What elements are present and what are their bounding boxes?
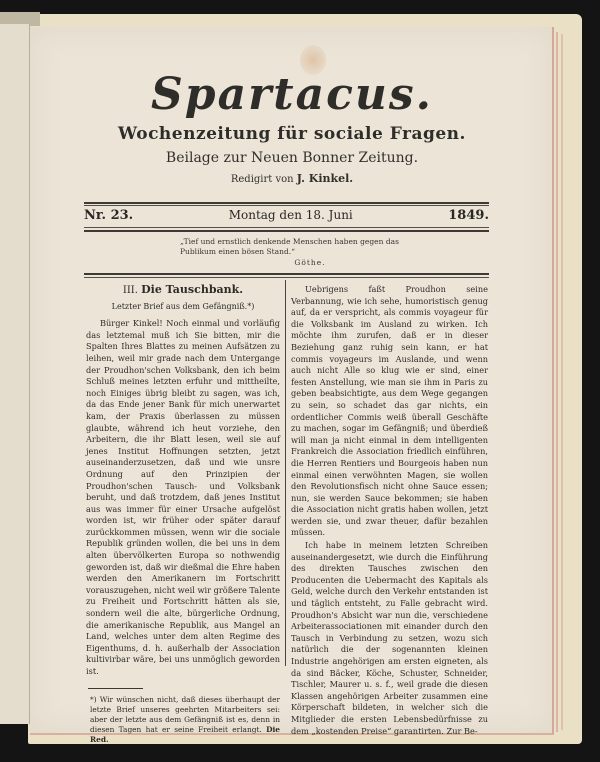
footnote-text: *) Wir wünschen nicht, daß dieses überha… [90, 695, 280, 734]
article-column-right: Uebrigens faßt Proudhon seine Verbannung… [291, 284, 488, 738]
editor-name: J. Kinkel. [297, 172, 353, 185]
article-column-left: III. Die Tauschbank. Letzter Brief aus d… [86, 284, 280, 745]
section-rule-thick [84, 273, 489, 275]
dateline-bottom-rule [84, 227, 489, 228]
article-title: Die Tauschbank. [141, 283, 243, 296]
editor-line: Redigirt von J. Kinkel. [30, 172, 554, 185]
footnote-rule [88, 688, 143, 689]
issue-year: 1849. [448, 208, 489, 223]
article-paragraph: Ich habe in meinem letzten Schreiben aus… [291, 540, 488, 737]
dateline-bottom-rule-thick [84, 230, 489, 232]
motto-line-2: Publikum einen bösen Stand.“ [180, 247, 410, 257]
section-rule-thin [84, 277, 489, 278]
editor-prefix: Redigirt von [231, 174, 294, 185]
motto-author: Göthe. [180, 258, 410, 268]
previous-page-edge [0, 24, 30, 724]
dateline: Nr. 23. Montag den 18. Juni 1849. [84, 206, 489, 224]
masthead: Spartacus. Wochenzeitung für sociale Fra… [30, 70, 554, 185]
issue-date: Montag den 18. Juni [229, 208, 353, 222]
footnote: *) Wir wünschen nicht, daß dieses überha… [86, 695, 280, 745]
article-heading: III. Die Tauschbank. [86, 284, 280, 297]
article-paragraph: Bürger Kinkel! Noch einmal und vorläufig… [86, 318, 280, 677]
dateline-top-rule [84, 202, 489, 204]
motto-quote: „Tief und ernstlich denkende Menschen ha… [180, 237, 410, 268]
newspaper-subtitle: Wochenzeitung für sociale Fragen. [30, 124, 554, 144]
article-paragraph: Uebrigens faßt Proudhon seine Verbannung… [291, 284, 488, 539]
column-divider [285, 280, 286, 666]
page-edge-line [561, 34, 563, 730]
page-edge-line [556, 32, 558, 732]
article-subheading: Letzter Brief aus dem Gefängniß.*) [86, 301, 280, 313]
motto-line-1: „Tief und ernstlich denkende Menschen ha… [180, 237, 410, 247]
supplement-line: Beilage zur Neuen Bonner Zeitung. [30, 150, 554, 166]
newspaper-title: Spartacus. [30, 70, 554, 120]
issue-number: Nr. 23. [84, 208, 133, 223]
article-number: III. [123, 285, 138, 296]
